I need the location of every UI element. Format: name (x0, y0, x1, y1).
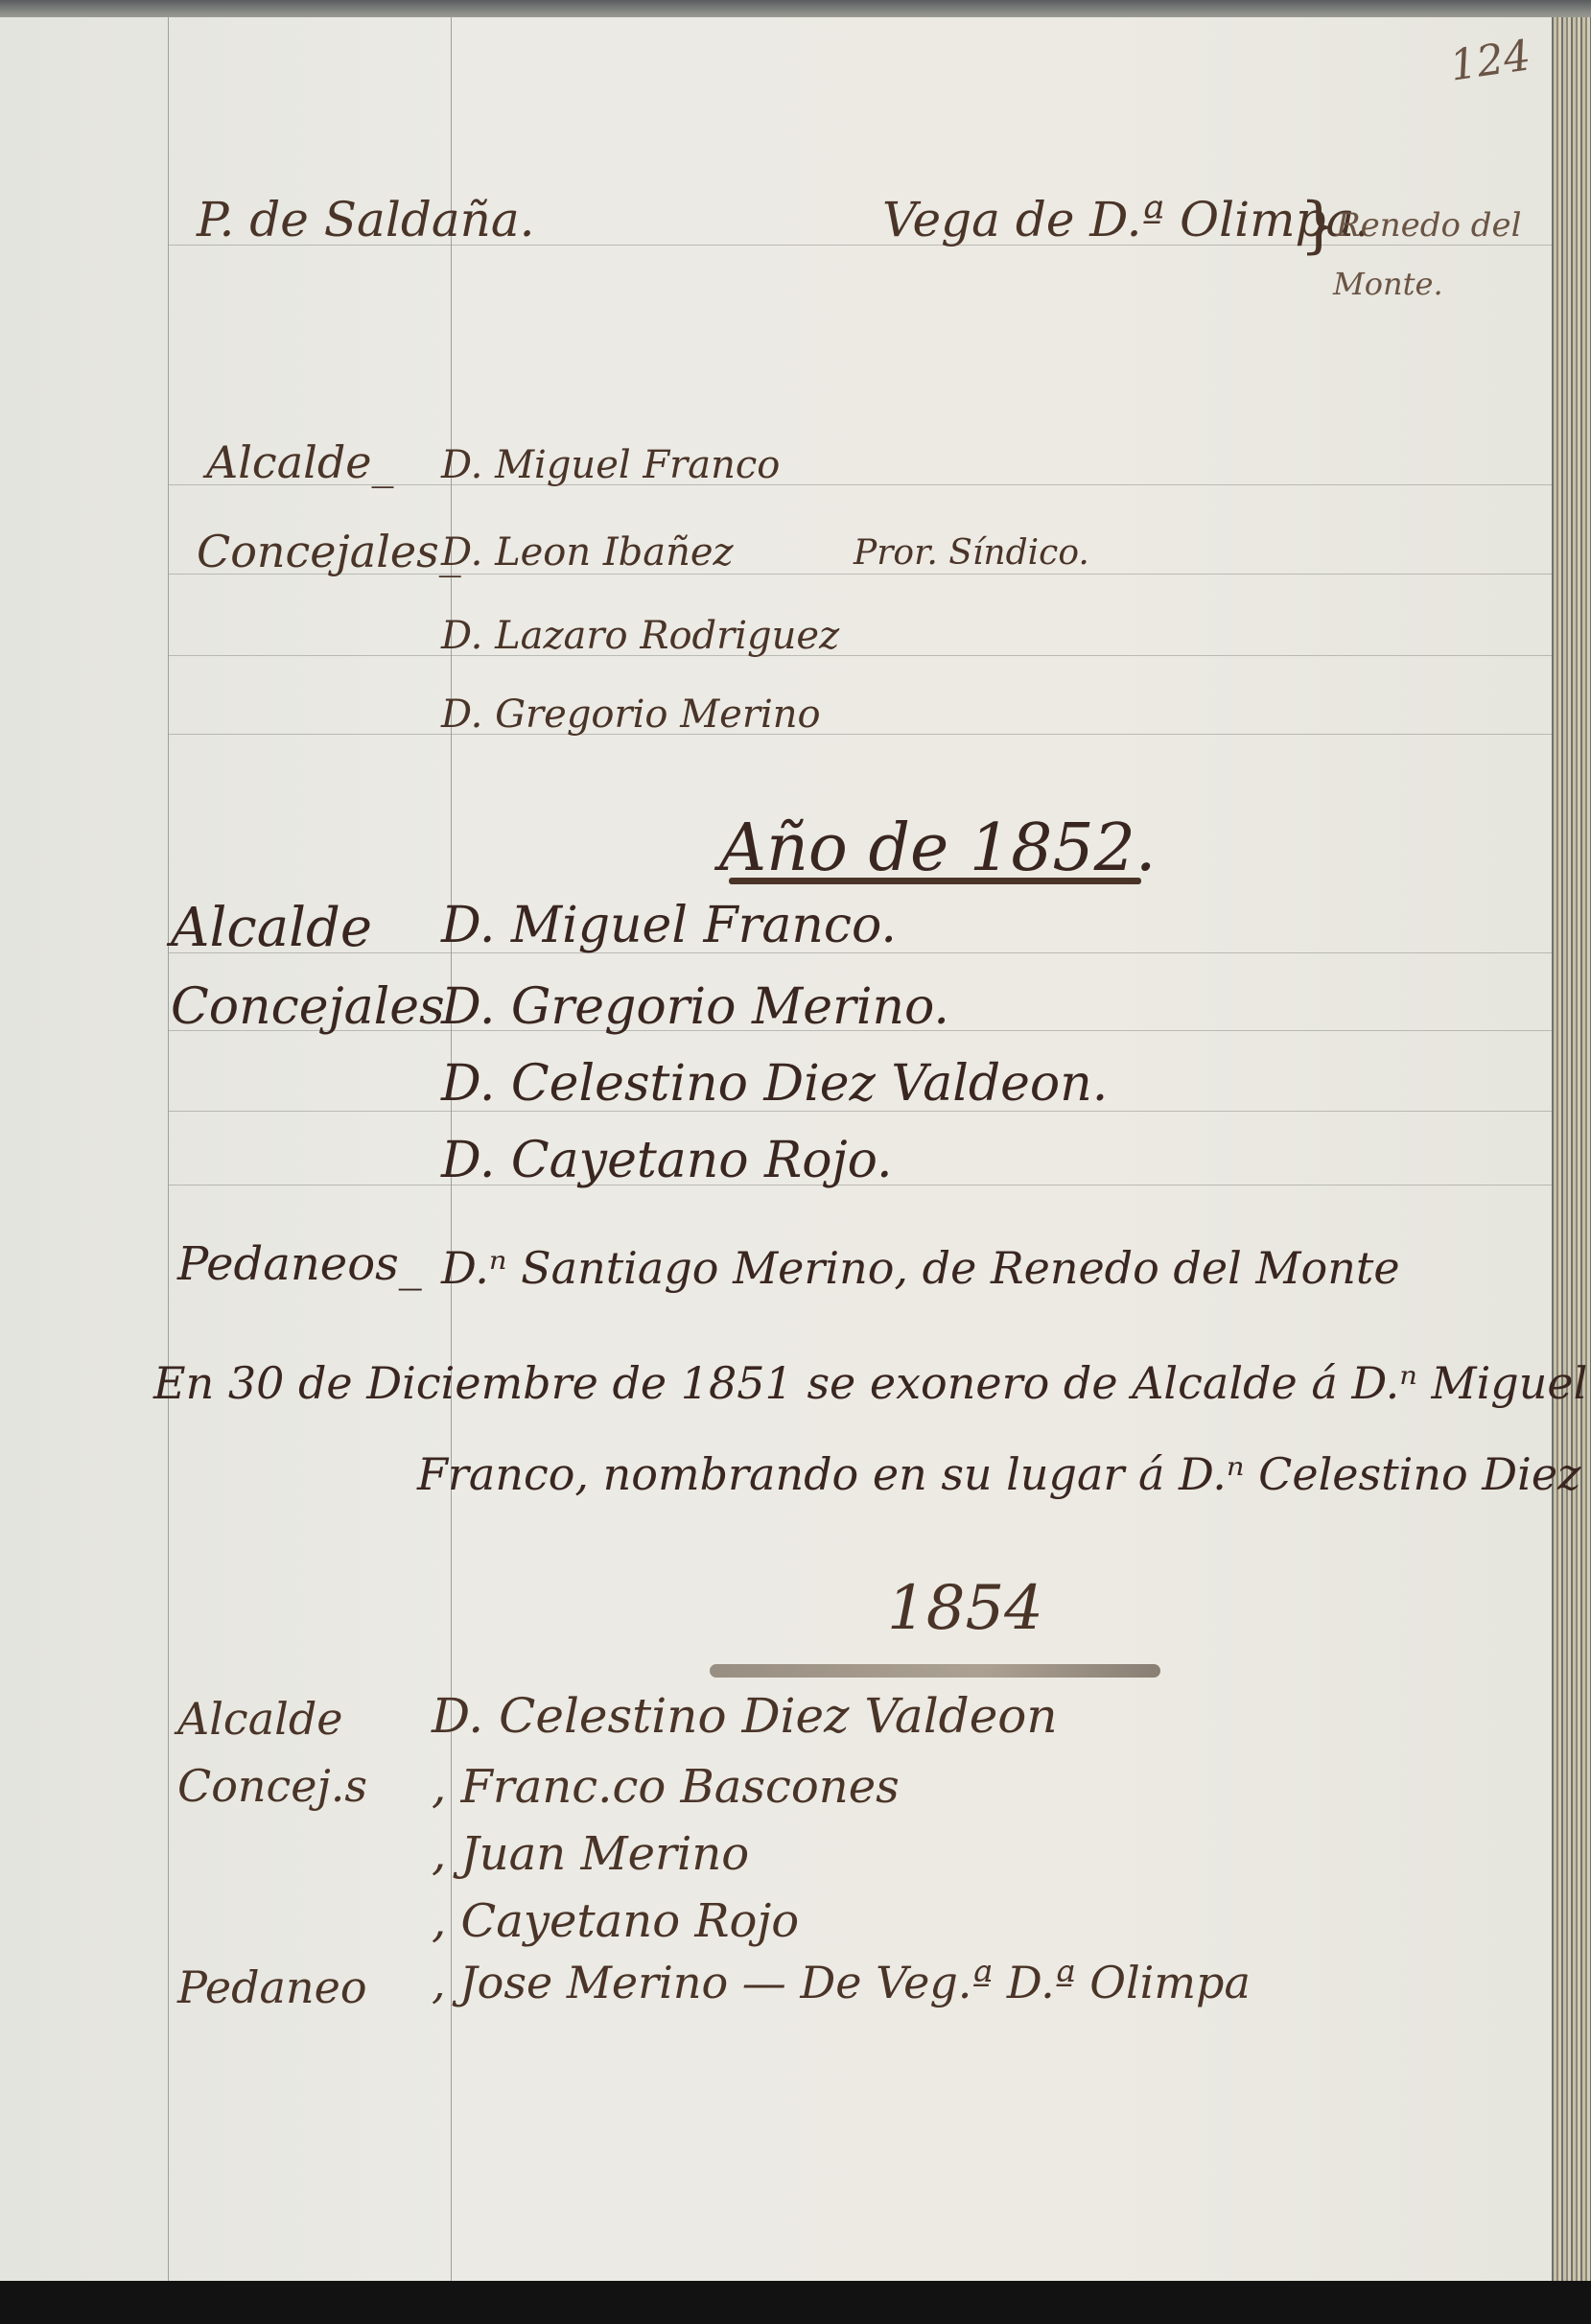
official-name: D.ⁿ Santiago Merino, de Renedo del Monte (441, 1242, 1400, 1294)
official-name: , Juan Merino (432, 1827, 749, 1881)
role-label: Concejales (171, 978, 445, 1036)
official-name: D. Cayetano Rojo. (441, 1132, 893, 1189)
official-name: , Jose Merino — De Veg.ª D.ª Olimpa (432, 1957, 1251, 2008)
role-label: Concejales_ (197, 526, 461, 577)
margin-rule-left (168, 17, 169, 2281)
year-heading-1854: 1854 (887, 1573, 1043, 1644)
role-label: Alcalde (171, 897, 372, 959)
scan-background (0, 2281, 1591, 2324)
official-name: D. Gregorio Merino (441, 693, 821, 737)
year-heading-1852: Año de 1852. (719, 810, 1157, 886)
official-name: D. Celestino Diez Valdeon (432, 1688, 1058, 1744)
ruled-line (168, 655, 1552, 656)
annex-heading-line1: Renedo del (1336, 206, 1522, 245)
annex-heading-line2: Monte. (1333, 266, 1443, 302)
official-name: D. Leon Ibañez (441, 530, 734, 575)
role-label: Pedaneo (177, 1961, 367, 2013)
official-name: D. Miguel Franco. (441, 897, 897, 954)
role-label: Concej.s (177, 1760, 367, 1812)
ruled-line (168, 734, 1552, 735)
official-name: D. Gregorio Merino. (441, 978, 949, 1036)
official-name: D. Celestino Diez Valdeon. (441, 1055, 1108, 1113)
role-label: Alcalde_ (206, 436, 394, 488)
annotation-line: Franco, nombrando en su lugar á D.ⁿ Cele… (417, 1448, 1580, 1500)
role-label: Alcalde (177, 1693, 343, 1745)
official-name: , Franc.co Bascones (432, 1760, 900, 1814)
official-name: , Cayetano Rojo (432, 1894, 799, 1948)
year-underline (729, 878, 1141, 884)
official-name: D. Miguel Franco (441, 443, 780, 487)
role-label: Pedaneos_ (177, 1237, 422, 1291)
page-stack-edge (1552, 17, 1591, 2283)
ink-smudge-underline (710, 1664, 1160, 1678)
official-name: D. Lazaro Rodriguez (441, 614, 839, 658)
brace-glyph: } (1299, 190, 1339, 261)
annotation-line: En 30 de Diciembre de 1851 se exonero de… (153, 1357, 1587, 1409)
municipality-heading: Vega de D.ª Olimpa. (882, 192, 1369, 247)
official-note: Pror. Síndico. (854, 533, 1089, 573)
district-heading: P. de Saldaña. (197, 192, 535, 247)
